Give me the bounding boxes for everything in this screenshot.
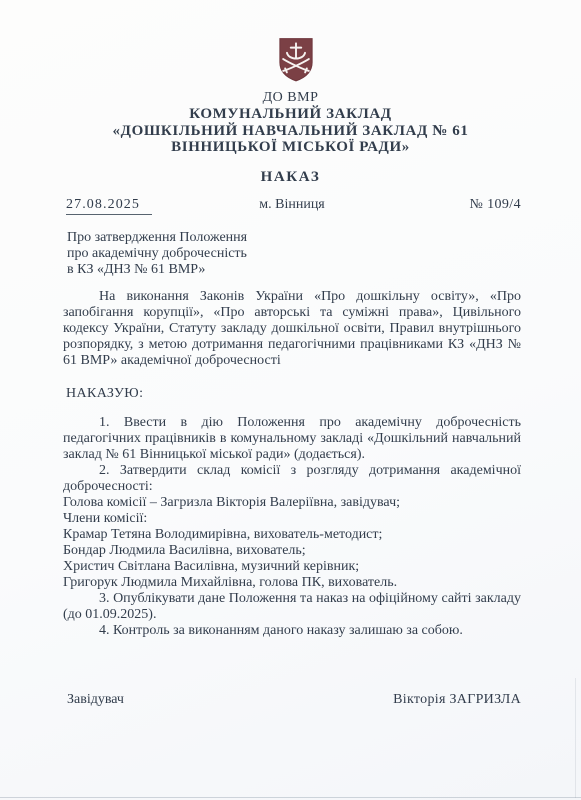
scanned-order-document: ДО ВМР КОМУНАЛЬНИЙ ЗАКЛАД «ДОШКІЛЬНИЙ НА… [0,0,581,800]
signer-position: Завідувач [67,692,124,708]
scan-bottom-edge-artifact [0,797,581,798]
organization-name: КОМУНАЛЬНИЙ ЗАКЛАД «ДОШКІЛЬНИЙ НАВЧАЛЬНИ… [0,106,581,156]
order-place: м. Вінниця [63,197,521,213]
recipient-line: ДО ВМР [0,90,581,106]
order-number: № 109/4 [469,197,521,213]
signer-name: Вікторія ЗАГРИЗЛА [393,692,521,708]
commission-member-2: Бондар Людмила Василівна, вихователь; [63,543,521,559]
order-subject-line3: в КЗ «ДНЗ № 61 ВМР» [67,262,367,278]
order-subject-line2: про академічну доброчесність [67,246,367,262]
commission-member-4: Григорук Людмила Михайлівна, голова ПК, … [63,575,521,591]
order-item-4: 4. Контроль за виконанням даного наказу … [63,623,521,639]
document-type-title: НАКАЗ [0,169,581,186]
order-command-word: НАКАЗУЮ: [66,386,524,402]
order-items: 1. Ввести в дію Положення про академічну… [63,415,521,639]
order-item-3: 3. Опублікувати дане Положення та наказ … [63,591,521,623]
organization-name-line1: КОМУНАЛЬНИЙ ЗАКЛАД [0,106,581,123]
scan-right-edge-artifact [575,678,576,798]
commission-members-label: Члени комісії: [63,511,521,527]
commission-member-3: Христич Світлана Василівна, музичний кер… [63,559,521,575]
order-preamble-block: На виконання Законів України «Про дошкіл… [63,289,521,369]
vinnytsia-coat-of-arms-icon [277,36,315,83]
order-preamble: На виконання Законів України «Про дошкіл… [63,289,521,369]
order-subject: Про затвердження Положення про академічн… [67,230,367,278]
order-item-2: 2. Затвердити склад комісії з розгляду д… [63,463,521,495]
organization-name-line2: «ДОШКІЛЬНИЙ НАВЧАЛЬНИЙ ЗАКЛАД № 61 [0,123,581,140]
order-item-1: 1. Ввести в дію Положення про академічну… [63,415,521,463]
order-subject-line1: Про затвердження Положення [67,230,367,246]
commission-member-1: Крамар Тетяна Володимирівна, вихователь-… [63,527,521,543]
organization-name-line3: ВІННИЦЬКОЇ МІСЬКОЇ РАДИ» [0,139,581,156]
commission-head: Голова комісії – Загризла Вікторія Валер… [63,495,521,511]
